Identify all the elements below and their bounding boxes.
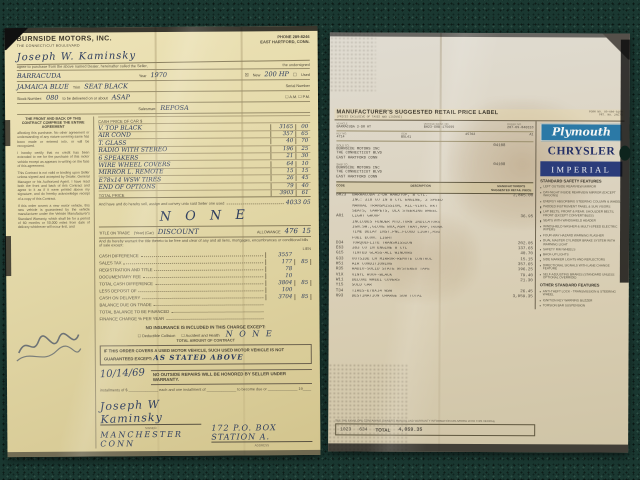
fine-print-paragraph: I hereby certify that no credit has been… bbox=[17, 151, 89, 169]
chrysler-logo: CHRYSLER bbox=[540, 144, 622, 158]
installment-line: installments of $ ______________ each an… bbox=[100, 387, 312, 392]
code-column-header: CODE bbox=[336, 184, 352, 192]
right-plastic-sleeve: MANUFACTURER'S SUGGESTED RETAIL PRICE LA… bbox=[328, 32, 630, 452]
used-vehicle-handwritten: AS STATED ABOVE bbox=[153, 353, 243, 363]
id-field: VEHICLE IDENT. NO.BH23-G0B-175699 bbox=[424, 123, 455, 130]
safety-feature-item: SIDE MARKER LIGHTS AND REFLECTORS bbox=[540, 259, 622, 263]
dealer-address: THE CONNECTICUT BOULEVARD bbox=[17, 43, 112, 48]
safety-feature-item: SEATS WITH WINDSHIELD HEADER bbox=[540, 220, 622, 224]
undersigned-label: the undersigned bbox=[283, 63, 310, 67]
code-field: ITEMB5L41 bbox=[401, 133, 411, 140]
year-value: 1970 bbox=[150, 71, 167, 79]
fine-print-paragraph: This Contract is not valid or binding up… bbox=[18, 171, 90, 201]
purchaser-signature: Joseph W Kaminsky bbox=[100, 396, 202, 426]
footer-number-1: 1023 bbox=[340, 427, 351, 432]
trade-none-handwritten: N O N E bbox=[99, 206, 311, 226]
allowance-label: ALLOWANCE bbox=[257, 230, 281, 234]
accident-health-checkbox: ☐ Accident and Health bbox=[181, 333, 219, 338]
safety-feature-item: LEFT OUTSIDE REARVIEW MIRROR bbox=[540, 186, 622, 190]
sticker-option-row: 093 DESTINATION CHARGE SUB TOTAL 3,959.3… bbox=[336, 294, 533, 300]
footer-number-2: 634 bbox=[359, 427, 367, 432]
no-outside-repairs-line: NO OUTSIDE REPAIRS WILL BE HONORED BY SE… bbox=[151, 369, 312, 385]
finance-row: FINANCE CHARGE % PER YEAR bbox=[100, 315, 312, 323]
stock-label: Stock Number: bbox=[17, 97, 42, 101]
sleeve-corner bbox=[5, 28, 31, 50]
new-checkbox: ☒ bbox=[245, 72, 249, 78]
new-label: New bbox=[253, 73, 261, 77]
price-column-header: MANUFACTURER'S SUGGESTED RETAIL PRICE bbox=[489, 184, 533, 192]
address-handwritten: 172 P.O. BOX STATION A. bbox=[211, 423, 312, 442]
discount-handwritten: DISCOUNT bbox=[158, 228, 199, 236]
vehicle-code-fields: KEY NO.4714 ITEMB5L41 45762 A1 bbox=[336, 131, 533, 142]
description-column-header: DESCRIPTION bbox=[352, 184, 489, 193]
plymouth-logo: Plymouth bbox=[540, 123, 622, 141]
salesman-label: Salesman: bbox=[138, 107, 156, 111]
insurance-none-handwritten: N O N E bbox=[226, 330, 274, 339]
other-features-list: ANTI-THEFT LOCK - TRANSMISSION & STEERIN… bbox=[540, 290, 622, 308]
safety-features-title: STANDARD SAFETY FEATURES bbox=[540, 179, 622, 184]
other-feature-item: TORSION BAR SUSPENSION bbox=[540, 304, 622, 308]
safety-feature-item: DIRECTIONAL SIGNALS WITH LANE CHANGE FEA… bbox=[540, 264, 622, 272]
purchase-order-document: BURNSIDE MOTORS, INC. THE CONNECTICUT BO… bbox=[5, 26, 321, 457]
total-price-cents: 61 bbox=[296, 190, 311, 196]
code-field: A1 bbox=[529, 133, 533, 140]
used-label: Used bbox=[301, 73, 310, 77]
salesman-row: Salesman: REPOSA bbox=[17, 102, 310, 115]
deductible-collision-checkbox: ☐ Deductible Collision bbox=[138, 333, 176, 338]
id-field: VEHICLEBARRACUDA 2-DR HT bbox=[336, 122, 371, 129]
sold-to-address: BURNSIDE MOTORS INC THE CONNECTICUT BLVD… bbox=[336, 147, 382, 160]
total-price-label: TOTAL PRICE bbox=[99, 190, 271, 197]
brand-sidebar: Plymouth CHRYSLER IMPERIAL STANDARD SAFE… bbox=[536, 121, 625, 310]
sleeve-edge-tab bbox=[5, 236, 11, 276]
photo-scene: BURNSIDE MOTORS, INC. THE CONNECTICUT BO… bbox=[0, 0, 640, 480]
sleeve-binding-edge bbox=[620, 40, 630, 283]
dealer-city: EAST HARTFORD, CONN. bbox=[260, 39, 309, 45]
deliver-label: to be delivered on or about bbox=[63, 96, 108, 100]
mold-speckles bbox=[330, 32, 376, 92]
allowance-dollars: 476 bbox=[285, 227, 298, 235]
used-vehicle-box: IF THIS ORDER COVERS A USED MOTOR VEHICL… bbox=[100, 344, 312, 365]
sleeve-edge bbox=[328, 443, 628, 452]
contract-fine-print-column: THE FRONT AND BACK OF THIS CONTRACT COMP… bbox=[17, 116, 96, 448]
window-sticker-document: MANUFACTURER'S SUGGESTED RETAIL PRICE LA… bbox=[328, 32, 630, 452]
sidebar-paragraphs: affecting this purchase. No other agreem… bbox=[17, 131, 90, 230]
code-field: KEY NO.4714 bbox=[336, 132, 347, 139]
safety-feature-item: DUAL MASTER CYLINDER BRAKE SYSTEM WITH W… bbox=[540, 239, 622, 247]
total-contract-label: TOTAL AMOUNT OF CONTRACT bbox=[100, 338, 312, 343]
handwritten-scribble bbox=[12, 305, 82, 365]
total-price-value: 3903 bbox=[271, 190, 296, 196]
safety-feature-item: FOUR-WAY HAZARD WARNING FLASHER bbox=[540, 234, 622, 238]
year-label: Year bbox=[139, 74, 147, 78]
left-plastic-sleeve: BURNSIDE MOTORS, INC. THE CONNECTICUT BO… bbox=[5, 26, 321, 457]
trim-value: SEAT BLACK bbox=[84, 82, 128, 90]
signature-city-handwritten: MANCHESTER CONN bbox=[100, 430, 201, 449]
binder-hole bbox=[619, 146, 630, 161]
sticker-option-rows: BH23 BARRACUDA 2-DR HARDTOP, 8 CYL. 2,86… bbox=[336, 194, 533, 301]
stock-value: 080 bbox=[46, 94, 58, 102]
total-box: 1023 634 TOTAL 4,059.35 bbox=[335, 423, 535, 436]
sleeve-edge-tab bbox=[4, 120, 10, 146]
safety-feature-item: WINDSHIELD WASHER & MULTI-SPEED ELECTRIC… bbox=[540, 225, 622, 233]
other-features-title: OTHER STANDARD FEATURES bbox=[540, 283, 622, 288]
warrant-clause: And do hereby warrant the title thereto … bbox=[99, 238, 311, 247]
make-value: BARRACUDA bbox=[17, 72, 61, 80]
engine-value: 200 HP bbox=[264, 70, 289, 78]
safety-features-list: LEFT OUTSIDE REARVIEW MIRRORDAY-NIGHT IN… bbox=[540, 186, 622, 281]
serial-label: Serial Number bbox=[286, 84, 310, 88]
address-label: ADDRESS bbox=[211, 443, 312, 448]
cash-price-table: CASH PRICE OF CAR $ V. TOP BLACK 3165 bbox=[98, 115, 311, 199]
print-number: PRT. NO. 26573 bbox=[589, 114, 623, 117]
trim-label: Trim bbox=[73, 86, 80, 90]
fine-print-paragraph: If this order covers a new motor vehicle… bbox=[18, 203, 90, 229]
used-checkbox: ☐ bbox=[293, 72, 297, 78]
window-sticker-content: MANUFACTURER'S SUGGESTED RETAIL PRICE LA… bbox=[333, 108, 624, 442]
imperial-logo: IMPERIAL bbox=[540, 161, 622, 176]
color-value: JAMAICA BLUE bbox=[17, 83, 69, 91]
safety-feature-item: DAY-NIGHT INSIDE REARVIEW MIRROR (EXCEPT… bbox=[540, 191, 622, 199]
dealer-header: BURNSIDE MOTORS, INC. THE CONNECTICUT BO… bbox=[17, 34, 310, 48]
total-value: 4,059.35 bbox=[398, 427, 422, 433]
sold-to-code: 04108 bbox=[493, 144, 505, 148]
ship-to-address: BURNSIDE MOTORS INC THE CONNECTICUT BLVD… bbox=[336, 166, 382, 179]
safety-feature-item: SELF-ADJUSTING BRAKES (STANDARD UNLESS O… bbox=[540, 273, 622, 281]
convey-clause: And have and do hereby sell, assign and … bbox=[99, 202, 225, 207]
safety-feature-item: LAP BELTS, FRONT & REAR; SHOULDER BELTS,… bbox=[540, 211, 622, 219]
id-field: ORDER NO.207-69-040318 bbox=[507, 123, 533, 130]
other-feature-item: IGNITION KEY WARNING BUZZER bbox=[540, 299, 622, 303]
salesman-value: REPOSA bbox=[160, 104, 189, 112]
allowance-cents: 15 bbox=[302, 227, 311, 235]
fine-print-paragraph: affecting this purchase. No other agreem… bbox=[17, 131, 89, 149]
dealer-name: BURNSIDE MOTORS, INC. bbox=[17, 35, 112, 43]
code-field: 45762 bbox=[465, 133, 475, 140]
title-on-trade-label: TITLE ON TRADE bbox=[99, 232, 130, 236]
ampm-boxes: ☐ A.M. ☐ P.M. bbox=[285, 94, 310, 99]
other-feature-item: ANTI-THEFT LOCK - TRANSMISSION & STEERIN… bbox=[540, 290, 622, 298]
purchase-order-content: BURNSIDE MOTORS, INC. THE CONNECTICUT BO… bbox=[17, 34, 313, 451]
option-price-rows: V. TOP BLACK 3165 00 AIR COND 357 65 bbox=[98, 122, 310, 190]
total-label: TOTAL bbox=[375, 427, 390, 432]
title-on-trade-sub: (Year) (Car) bbox=[134, 231, 154, 235]
date-handwritten: 10/14/69 bbox=[100, 368, 145, 381]
sidebar-title: THE FRONT AND BACK OF THIS CONTRACT COMP… bbox=[17, 117, 89, 130]
ship-to-code: 04108 bbox=[493, 163, 505, 167]
finance-rows: CASH DIFFERENCE 3557 SALES TAX 177 bbox=[99, 252, 311, 323]
deliver-value: ASAP bbox=[112, 93, 130, 101]
